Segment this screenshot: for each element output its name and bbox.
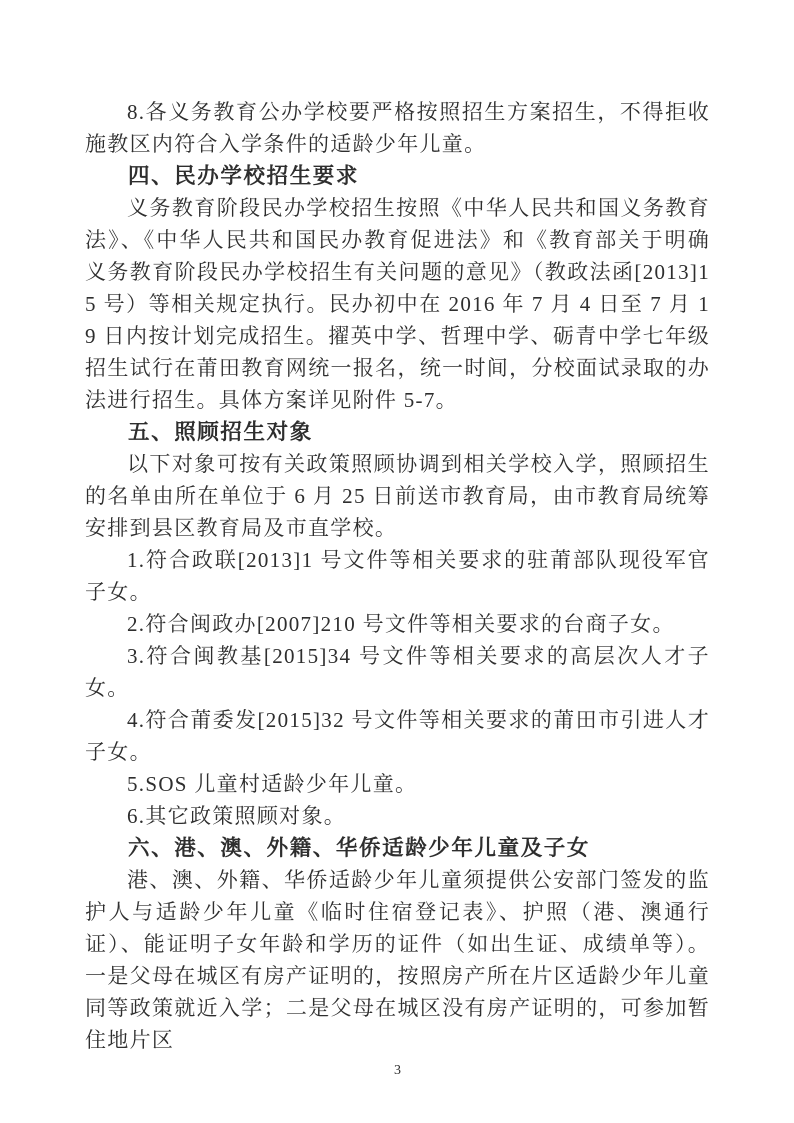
paragraph: 港、澳、外籍、华侨适龄少年儿童须提供公安部门签发的监护人与适龄少年儿童《临时住宿… [85, 864, 710, 1056]
paragraph: 8.各义务教育公办学校要严格按照招生方案招生，不得拒收施教区内符合入学条件的适龄… [85, 96, 710, 160]
paragraph: 义务教育阶段民办学校招生按照《中华人民共和国义务教育法》、《中华人民共和国民办教… [85, 192, 710, 416]
paragraph: 2.符合闽政办[2007]210 号文件等相关要求的台商子女。 [85, 608, 710, 640]
section-heading: 五、照顾招生对象 [85, 416, 710, 448]
paragraph: 以下对象可按有关政策照顾协调到相关学校入学，照顾招生的名单由所在单位于 6 月 … [85, 448, 710, 544]
paragraph: 4.符合莆委发[2015]32 号文件等相关要求的莆田市引进人才子女。 [85, 704, 710, 768]
document-page: 8.各义务教育公办学校要严格按照招生方案招生，不得拒收施教区内符合入学条件的适龄… [0, 0, 794, 1123]
paragraph: 1.符合政联[2013]1 号文件等相关要求的驻莆部队现役军官子女。 [85, 544, 710, 608]
paragraph: 3.符合闽教基[2015]34 号文件等相关要求的高层次人才子女。 [85, 640, 710, 704]
page-number: 3 [85, 1063, 710, 1079]
section-heading: 六、港、澳、外籍、华侨适龄少年儿童及子女 [85, 832, 710, 864]
section-heading: 四、民办学校招生要求 [85, 160, 710, 192]
paragraph: 6.其它政策照顾对象。 [85, 800, 710, 832]
paragraph: 5.SOS 儿童村适龄少年儿童。 [85, 768, 710, 800]
